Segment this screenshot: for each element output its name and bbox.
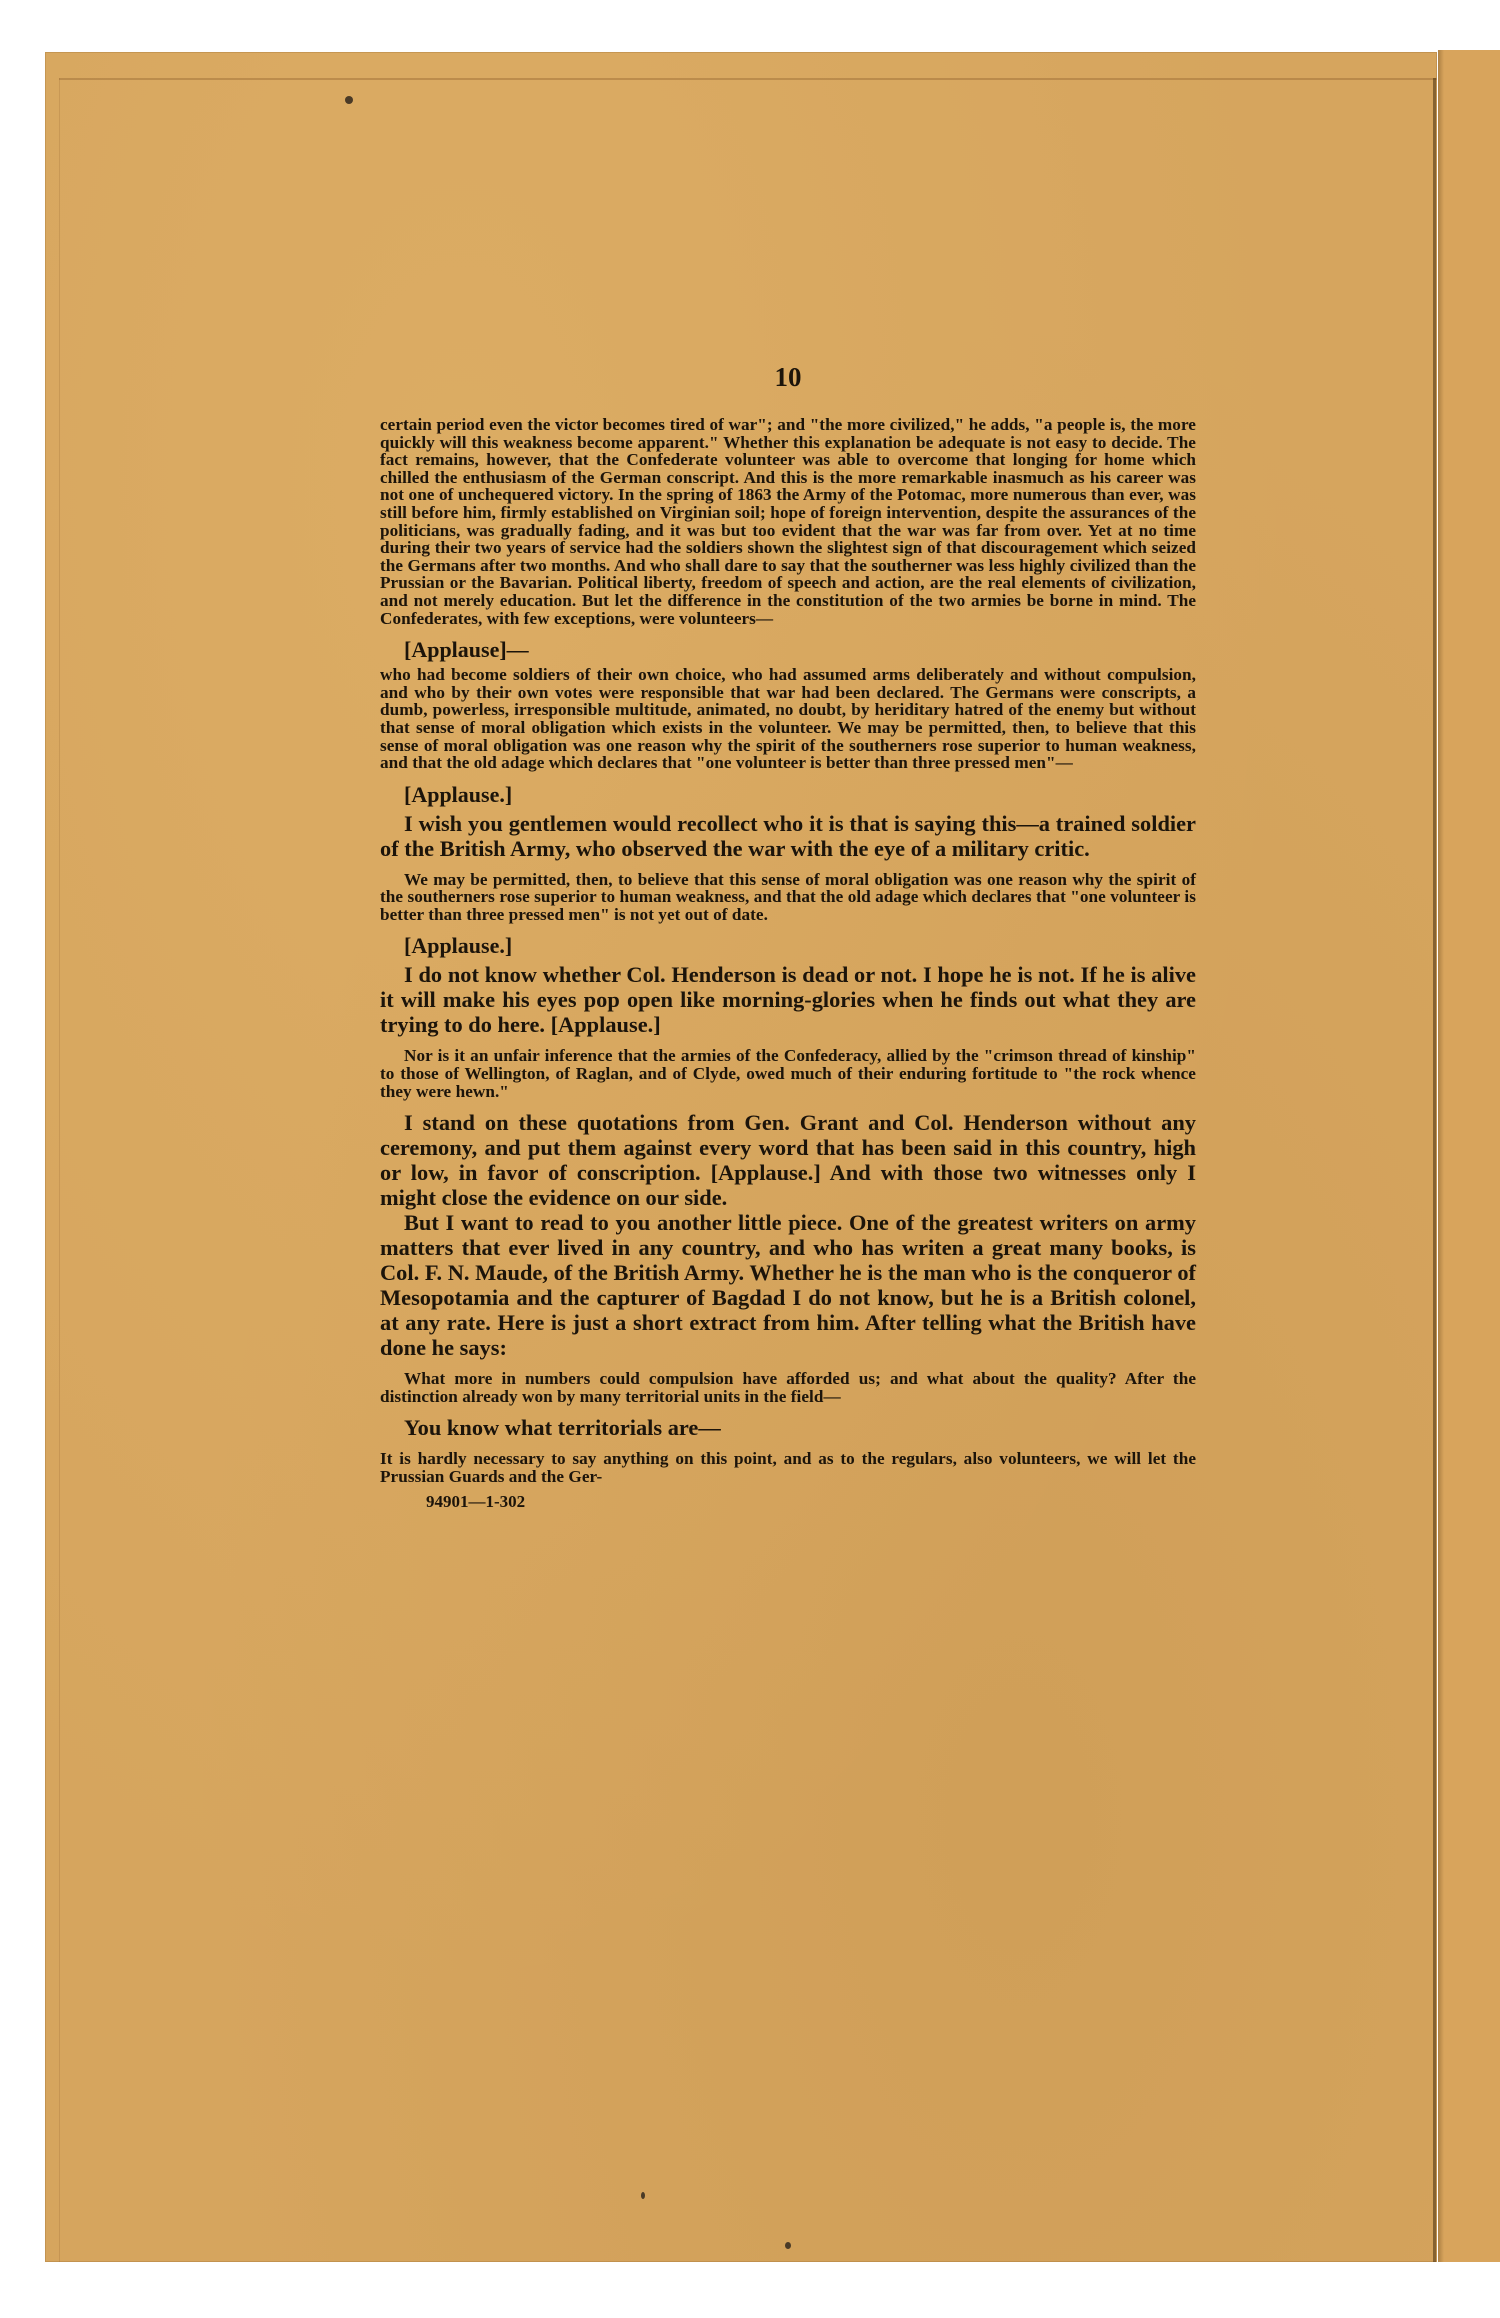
quote-paragraph: certain period even the victor becomes t… xyxy=(380,416,1196,627)
quote-paragraph: We may be permitted, then, to believe th… xyxy=(380,871,1196,924)
speech-paragraph: I do not know whether Col. Henderson is … xyxy=(380,962,1196,1037)
speech-paragraph: You know what territorials are— xyxy=(380,1415,1196,1440)
print-code: 94901—1-302 xyxy=(380,1492,1196,1512)
speech-paragraph: I wish you gentlemen would recollect who… xyxy=(380,811,1196,861)
quote-paragraph: who had become soldiers of their own cho… xyxy=(380,666,1196,772)
applause-note: [Applause.] xyxy=(380,782,1196,807)
paper-speck xyxy=(345,96,353,104)
page-inner-edge-top xyxy=(59,78,1437,80)
page-inner-edge-left xyxy=(59,78,60,2262)
quote-paragraph: It is hardly necessary to say anything o… xyxy=(380,1450,1196,1485)
applause-note: [Applause]— xyxy=(380,637,1196,662)
quote-paragraph: What more in numbers could compulsion ha… xyxy=(380,1370,1196,1405)
back-sheet-edge xyxy=(1438,50,1500,2262)
speech-paragraph: But I want to read to you another little… xyxy=(380,1210,1196,1360)
applause-note: [Applause.] xyxy=(380,933,1196,958)
page-number: 10 xyxy=(380,362,1196,392)
document-body: 10 certain period even the victor become… xyxy=(380,362,1196,1512)
quote-paragraph: Nor is it an unfair inference that the a… xyxy=(380,1047,1196,1100)
page-fold-line xyxy=(1433,78,1436,2262)
speech-paragraph: I stand on these quotations from Gen. Gr… xyxy=(380,1110,1196,1210)
paper-speck xyxy=(785,2242,791,2249)
paper-speck xyxy=(641,2192,645,2199)
